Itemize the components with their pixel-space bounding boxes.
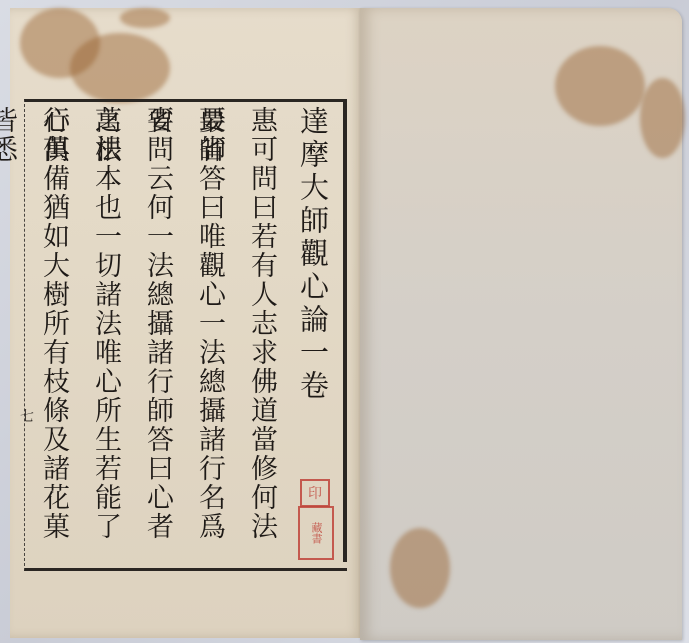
text-column: 之根本也一切諸法唯心所生若能了心萬 — [79, 106, 131, 566]
text-column: 行俱備猶如大樹所有枝條及諸花菓皆悉 — [27, 106, 79, 566]
print-frame: 達摩大師觀心論一卷 惠可問曰若有人志求佛道當修何法最省 要師答曰唯觀心一法總攝諸… — [24, 99, 347, 571]
margin-mark: 七 — [20, 406, 34, 426]
red-seal-large: 藏書 — [298, 506, 334, 560]
text-column: 要師答曰唯觀心一法總攝諸行名爲省 — [183, 106, 235, 566]
right-page — [360, 8, 682, 640]
text-column: 惠可問曰若有人志求佛道當修何法最省 — [235, 106, 287, 566]
left-page: 達摩大師觀心論一卷 惠可問曰若有人志求佛道當修何法最省 要師答曰唯觀心一法總攝諸… — [10, 8, 362, 638]
red-seal-small: 印 — [300, 479, 330, 507]
title-rule — [343, 102, 347, 562]
text-column: 要問云何一法總攝諸行師答曰心者萬法 — [131, 106, 183, 566]
text-columns: 達摩大師觀心論一卷 惠可問曰若有人志求佛道當修何法最省 要師答曰唯觀心一法總攝諸… — [27, 106, 339, 566]
